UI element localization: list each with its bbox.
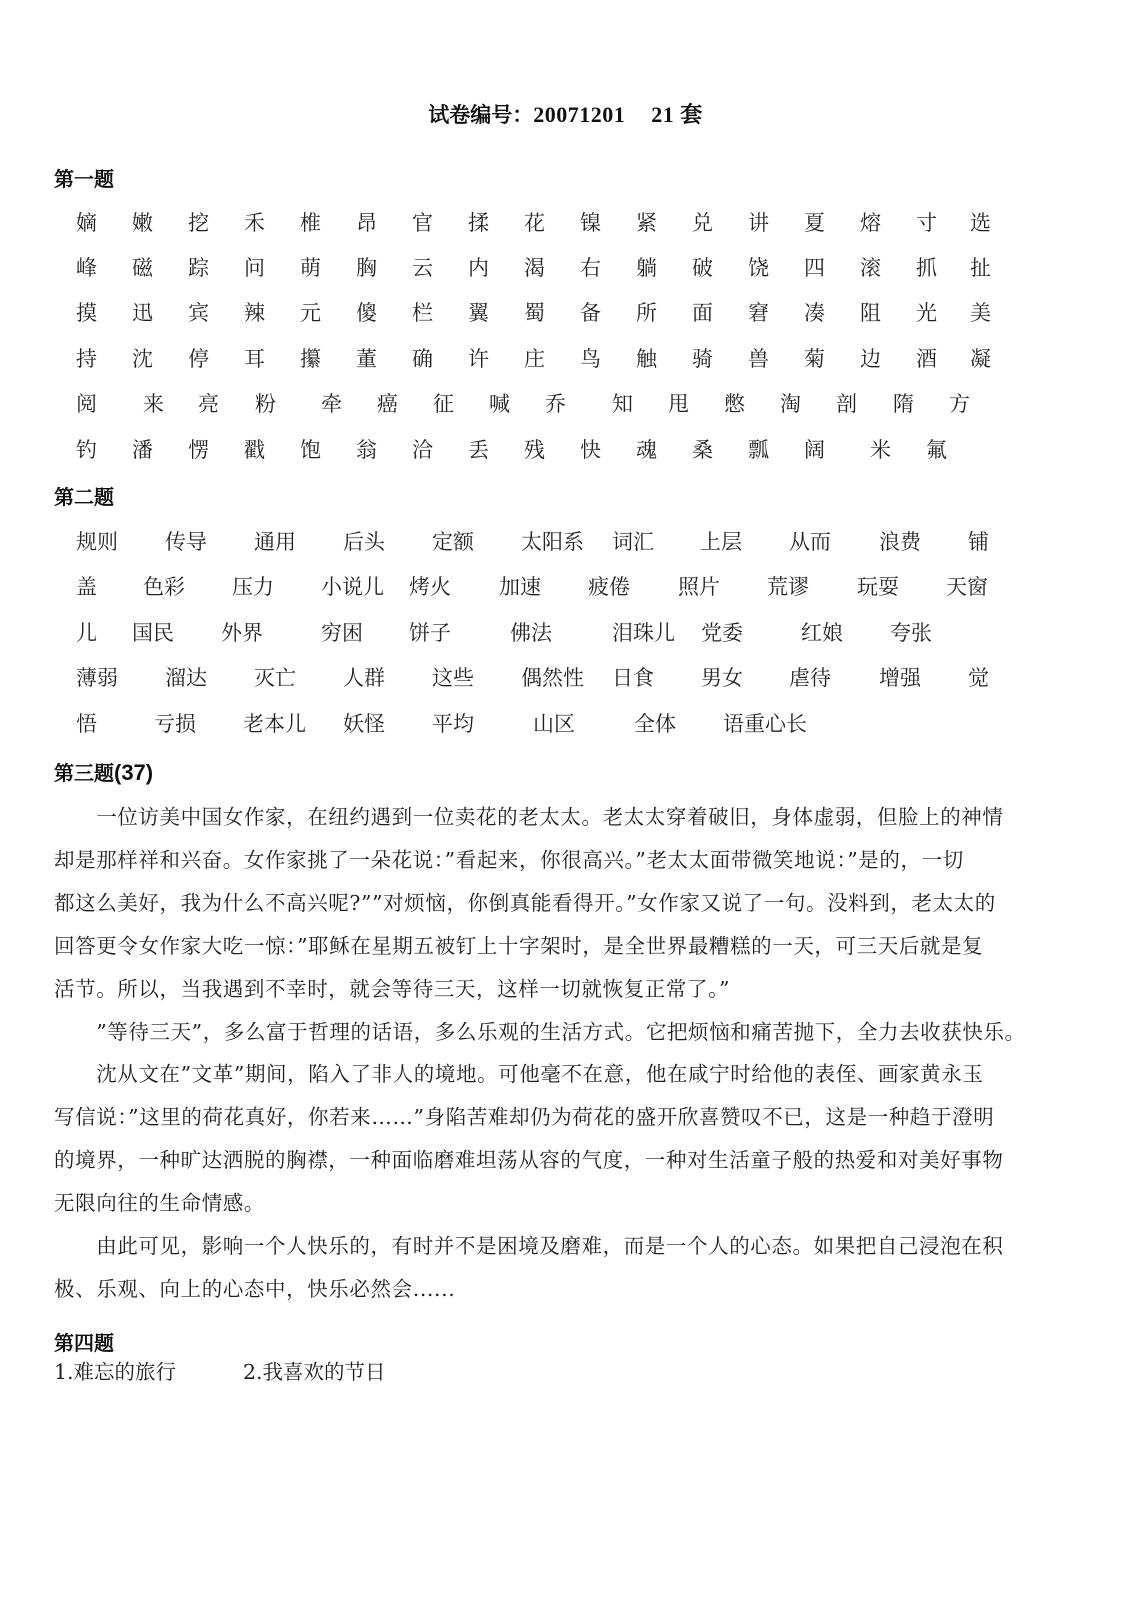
passage-line: 极、乐观、向上的心态中，快乐必然会...... bbox=[54, 1272, 1064, 1302]
character-item: 选 bbox=[970, 207, 991, 237]
word-item: 定额 bbox=[432, 526, 474, 556]
passage-line: 活节。所以，当我遇到不幸时，就会等待三天，这样一切就恢复正常了。” bbox=[54, 972, 1064, 1002]
section-1-heading: 第一题 bbox=[54, 163, 114, 192]
character-item: 元 bbox=[300, 297, 321, 327]
character-item: 残 bbox=[524, 434, 545, 464]
passage-line: 写信说：”这里的荷花真好，你若来……”身陷苦难却仍为荷花的盛开欣喜赞叹不已，这是… bbox=[54, 1100, 1064, 1130]
character-item: 磁 bbox=[132, 252, 153, 282]
character-item: 宾 bbox=[188, 297, 209, 327]
character-item: 确 bbox=[412, 343, 433, 373]
character-item: 潘 bbox=[132, 434, 153, 464]
character-item: 傻 bbox=[356, 297, 377, 327]
character-item: 凝 bbox=[970, 343, 991, 373]
character-item: 氟 bbox=[926, 434, 947, 464]
word-item: 灭亡 bbox=[254, 662, 296, 692]
passage-line: 回答更令女作家大吃一惊：”耶稣在星期五被钉上十字架时，是全世界最糟糕的一天，可三… bbox=[54, 929, 1064, 959]
character-item: 面 bbox=[692, 297, 713, 327]
character-item: 边 bbox=[860, 343, 881, 373]
character-item: 魂 bbox=[636, 434, 657, 464]
word-item: 增强 bbox=[879, 662, 921, 692]
character-item: 来 bbox=[143, 388, 164, 418]
essay-topic-1: 1.难忘的旅行 bbox=[54, 1355, 176, 1385]
character-item: 兽 bbox=[748, 343, 769, 373]
character-item: 椎 bbox=[300, 207, 321, 237]
passage-line: 都这么美好，我为什么不高兴呢?””对烦恼，你倒真能看得开。”女作家又说了一句。没… bbox=[54, 886, 1064, 916]
section-3-heading-count: (37) bbox=[114, 760, 153, 785]
character-item: 知 bbox=[612, 388, 633, 418]
character-item: 方 bbox=[949, 388, 970, 418]
passage-line: 由此可见，影响一个人快乐的，有时并不是困境及磨难，而是一个人的心态。如果把自己浸… bbox=[54, 1229, 1064, 1259]
word-item: 男女 bbox=[701, 662, 743, 692]
word-item: 妖怪 bbox=[343, 708, 385, 738]
word-item: 规则 bbox=[76, 526, 118, 556]
word-item: 穷困 bbox=[321, 617, 363, 647]
character-item: 讲 bbox=[748, 207, 769, 237]
character-item: 米 bbox=[870, 434, 891, 464]
character-item: 菊 bbox=[804, 343, 825, 373]
character-item: 夏 bbox=[804, 207, 825, 237]
character-item: 踪 bbox=[188, 252, 209, 282]
character-item: 停 bbox=[188, 343, 209, 373]
character-item: 栏 bbox=[412, 297, 433, 327]
passage-line: 一位访美中国女作家，在纽约遇到一位卖花的老太太。老太太穿着破旧，身体虚弱，但脸上… bbox=[54, 800, 1064, 830]
character-item: 兑 bbox=[692, 207, 713, 237]
character-item: 镍 bbox=[580, 207, 601, 237]
character-item: 董 bbox=[356, 343, 377, 373]
word-item: 后头 bbox=[343, 526, 385, 556]
character-item: 粉 bbox=[255, 388, 276, 418]
passage-line: 却是那样祥和兴奋。女作家挑了一朵花说：”看起来，你很高兴。”老太太面带微笑地说：… bbox=[54, 843, 1064, 873]
character-item: 内 bbox=[468, 252, 489, 282]
word-item: 小说儿 bbox=[321, 571, 384, 601]
character-item: 光 bbox=[916, 297, 937, 327]
character-item: 昂 bbox=[356, 207, 377, 237]
word-item: 人群 bbox=[343, 662, 385, 692]
title-set: 21 套 bbox=[651, 102, 703, 127]
passage-line: ”等待三天”，多么富于哲理的话语，多么乐观的生活方式。它把烦恼和痛苦抛下，全力去… bbox=[54, 1015, 1064, 1045]
passage-line: 的境界，一种旷达洒脱的胸襟，一种面临磨难坦荡从容的气度，一种对生活童子般的热爱和… bbox=[54, 1143, 1064, 1173]
character-item: 胸 bbox=[356, 252, 377, 282]
character-item: 渴 bbox=[524, 252, 545, 282]
character-item: 紧 bbox=[636, 207, 657, 237]
word-item: 泪珠儿 bbox=[612, 617, 675, 647]
section-3-heading: 第三题(37) bbox=[54, 757, 153, 786]
word-item: 天窗 bbox=[946, 571, 988, 601]
character-item: 花 bbox=[524, 207, 545, 237]
title-prefix: 试卷编号： bbox=[428, 103, 533, 127]
word-item: 色彩 bbox=[143, 571, 185, 601]
word-item: 山区 bbox=[533, 708, 575, 738]
word-item: 老本儿 bbox=[243, 708, 306, 738]
character-item: 剖 bbox=[836, 388, 857, 418]
character-item: 隋 bbox=[893, 388, 914, 418]
character-item: 愣 bbox=[188, 434, 209, 464]
character-item: 官 bbox=[412, 207, 433, 237]
word-item: 烤火 bbox=[409, 571, 451, 601]
character-item: 扯 bbox=[970, 252, 991, 282]
character-item: 凑 bbox=[804, 297, 825, 327]
character-item: 快 bbox=[580, 434, 601, 464]
character-item: 阔 bbox=[804, 434, 825, 464]
character-item: 征 bbox=[433, 388, 454, 418]
character-item: 持 bbox=[76, 343, 97, 373]
character-item: 美 bbox=[970, 297, 991, 327]
word-item: 通用 bbox=[254, 526, 296, 556]
word-item: 儿 bbox=[76, 617, 97, 647]
word-item: 党委 bbox=[701, 617, 743, 647]
word-item: 传导 bbox=[165, 526, 207, 556]
character-item: 钓 bbox=[76, 434, 97, 464]
word-item: 饼子 bbox=[409, 617, 451, 647]
word-item: 亏损 bbox=[154, 708, 196, 738]
character-item: 鸟 bbox=[580, 343, 601, 373]
character-item: 甩 bbox=[668, 388, 689, 418]
character-item: 问 bbox=[244, 252, 265, 282]
word-item: 疲倦 bbox=[588, 571, 630, 601]
title-number: 20071201 bbox=[533, 102, 625, 127]
word-item: 照片 bbox=[678, 571, 720, 601]
word-item: 浪费 bbox=[879, 526, 921, 556]
word-item: 外界 bbox=[221, 617, 263, 647]
character-item: 备 bbox=[580, 297, 601, 327]
passage-line: 无限向往的生命情感。 bbox=[54, 1186, 1064, 1216]
word-item: 铺 bbox=[968, 526, 989, 556]
character-item: 淘 bbox=[780, 388, 801, 418]
character-item: 阅 bbox=[76, 388, 97, 418]
character-item: 庄 bbox=[524, 343, 545, 373]
word-item: 语重心长 bbox=[723, 708, 807, 738]
word-item: 悟 bbox=[76, 708, 97, 738]
character-item: 牵 bbox=[321, 388, 342, 418]
word-item: 从而 bbox=[789, 526, 831, 556]
word-item: 薄弱 bbox=[76, 662, 118, 692]
word-item: 红娘 bbox=[801, 617, 843, 647]
word-item: 夸张 bbox=[890, 617, 932, 647]
word-item: 盖 bbox=[76, 571, 97, 601]
character-item: 寸 bbox=[916, 207, 937, 237]
character-item: 阻 bbox=[860, 297, 881, 327]
word-item: 这些 bbox=[432, 662, 474, 692]
character-item: 所 bbox=[636, 297, 657, 327]
character-item: 辣 bbox=[244, 297, 265, 327]
document-title: 试卷编号：2007120121 套 bbox=[0, 98, 1131, 129]
character-item: 触 bbox=[636, 343, 657, 373]
character-item: 云 bbox=[412, 252, 433, 282]
character-item: 摸 bbox=[76, 297, 97, 327]
character-item: 禾 bbox=[244, 207, 265, 237]
character-item: 抓 bbox=[916, 252, 937, 282]
character-item: 骑 bbox=[692, 343, 713, 373]
character-item: 翼 bbox=[468, 297, 489, 327]
word-item: 荒谬 bbox=[767, 571, 809, 601]
character-item: 沈 bbox=[132, 343, 153, 373]
section-2-heading: 第二题 bbox=[54, 481, 114, 510]
word-item: 压力 bbox=[232, 571, 274, 601]
section-3-heading-text: 第三题 bbox=[54, 761, 114, 785]
character-item: 丢 bbox=[468, 434, 489, 464]
word-item: 太阳系 bbox=[521, 526, 584, 556]
word-item: 全体 bbox=[634, 708, 676, 738]
word-item: 玩耍 bbox=[857, 571, 899, 601]
character-item: 戳 bbox=[244, 434, 265, 464]
word-item: 溜达 bbox=[165, 662, 207, 692]
word-item: 词汇 bbox=[612, 526, 654, 556]
character-item: 萌 bbox=[300, 252, 321, 282]
character-item: 揉 bbox=[468, 207, 489, 237]
passage-line: 沈从文在”文革”期间，陷入了非人的境地。可他毫不在意，他在咸宁时给他的表侄、画家… bbox=[54, 1057, 1064, 1087]
word-item: 日食 bbox=[612, 662, 654, 692]
character-item: 挖 bbox=[188, 207, 209, 237]
character-item: 蜀 bbox=[524, 297, 545, 327]
character-item: 耳 bbox=[244, 343, 265, 373]
character-item: 破 bbox=[692, 252, 713, 282]
character-item: 瓢 bbox=[748, 434, 769, 464]
word-item: 国民 bbox=[132, 617, 174, 647]
character-item: 嫩 bbox=[132, 207, 153, 237]
character-item: 洽 bbox=[412, 434, 433, 464]
character-item: 桑 bbox=[692, 434, 713, 464]
character-item: 嫡 bbox=[76, 207, 97, 237]
word-item: 偶然性 bbox=[521, 662, 584, 692]
character-item: 乔 bbox=[545, 388, 566, 418]
character-item: 熔 bbox=[860, 207, 881, 237]
word-item: 平均 bbox=[432, 708, 474, 738]
character-item: 躺 bbox=[636, 252, 657, 282]
essay-topic-2: 2.我喜欢的节日 bbox=[243, 1355, 386, 1385]
character-item: 癌 bbox=[377, 388, 398, 418]
character-item: 许 bbox=[468, 343, 489, 373]
word-item: 佛法 bbox=[510, 617, 552, 647]
character-item: 峰 bbox=[76, 252, 97, 282]
character-item: 四 bbox=[804, 252, 825, 282]
section-4-heading: 第四题 bbox=[54, 1327, 114, 1356]
character-item: 饶 bbox=[748, 252, 769, 282]
character-item: 亮 bbox=[198, 388, 219, 418]
word-item: 觉 bbox=[968, 662, 989, 692]
character-item: 酒 bbox=[916, 343, 937, 373]
word-item: 虐待 bbox=[789, 662, 831, 692]
character-item: 右 bbox=[580, 252, 601, 282]
character-item: 滚 bbox=[860, 252, 881, 282]
character-item: 饱 bbox=[300, 434, 321, 464]
word-item: 上层 bbox=[700, 526, 742, 556]
word-item: 加速 bbox=[499, 571, 541, 601]
character-item: 迅 bbox=[132, 297, 153, 327]
character-item: 攥 bbox=[300, 343, 321, 373]
character-item: 翁 bbox=[356, 434, 377, 464]
character-item: 憋 bbox=[724, 388, 745, 418]
character-item: 喊 bbox=[489, 388, 510, 418]
character-item: 窘 bbox=[748, 297, 769, 327]
